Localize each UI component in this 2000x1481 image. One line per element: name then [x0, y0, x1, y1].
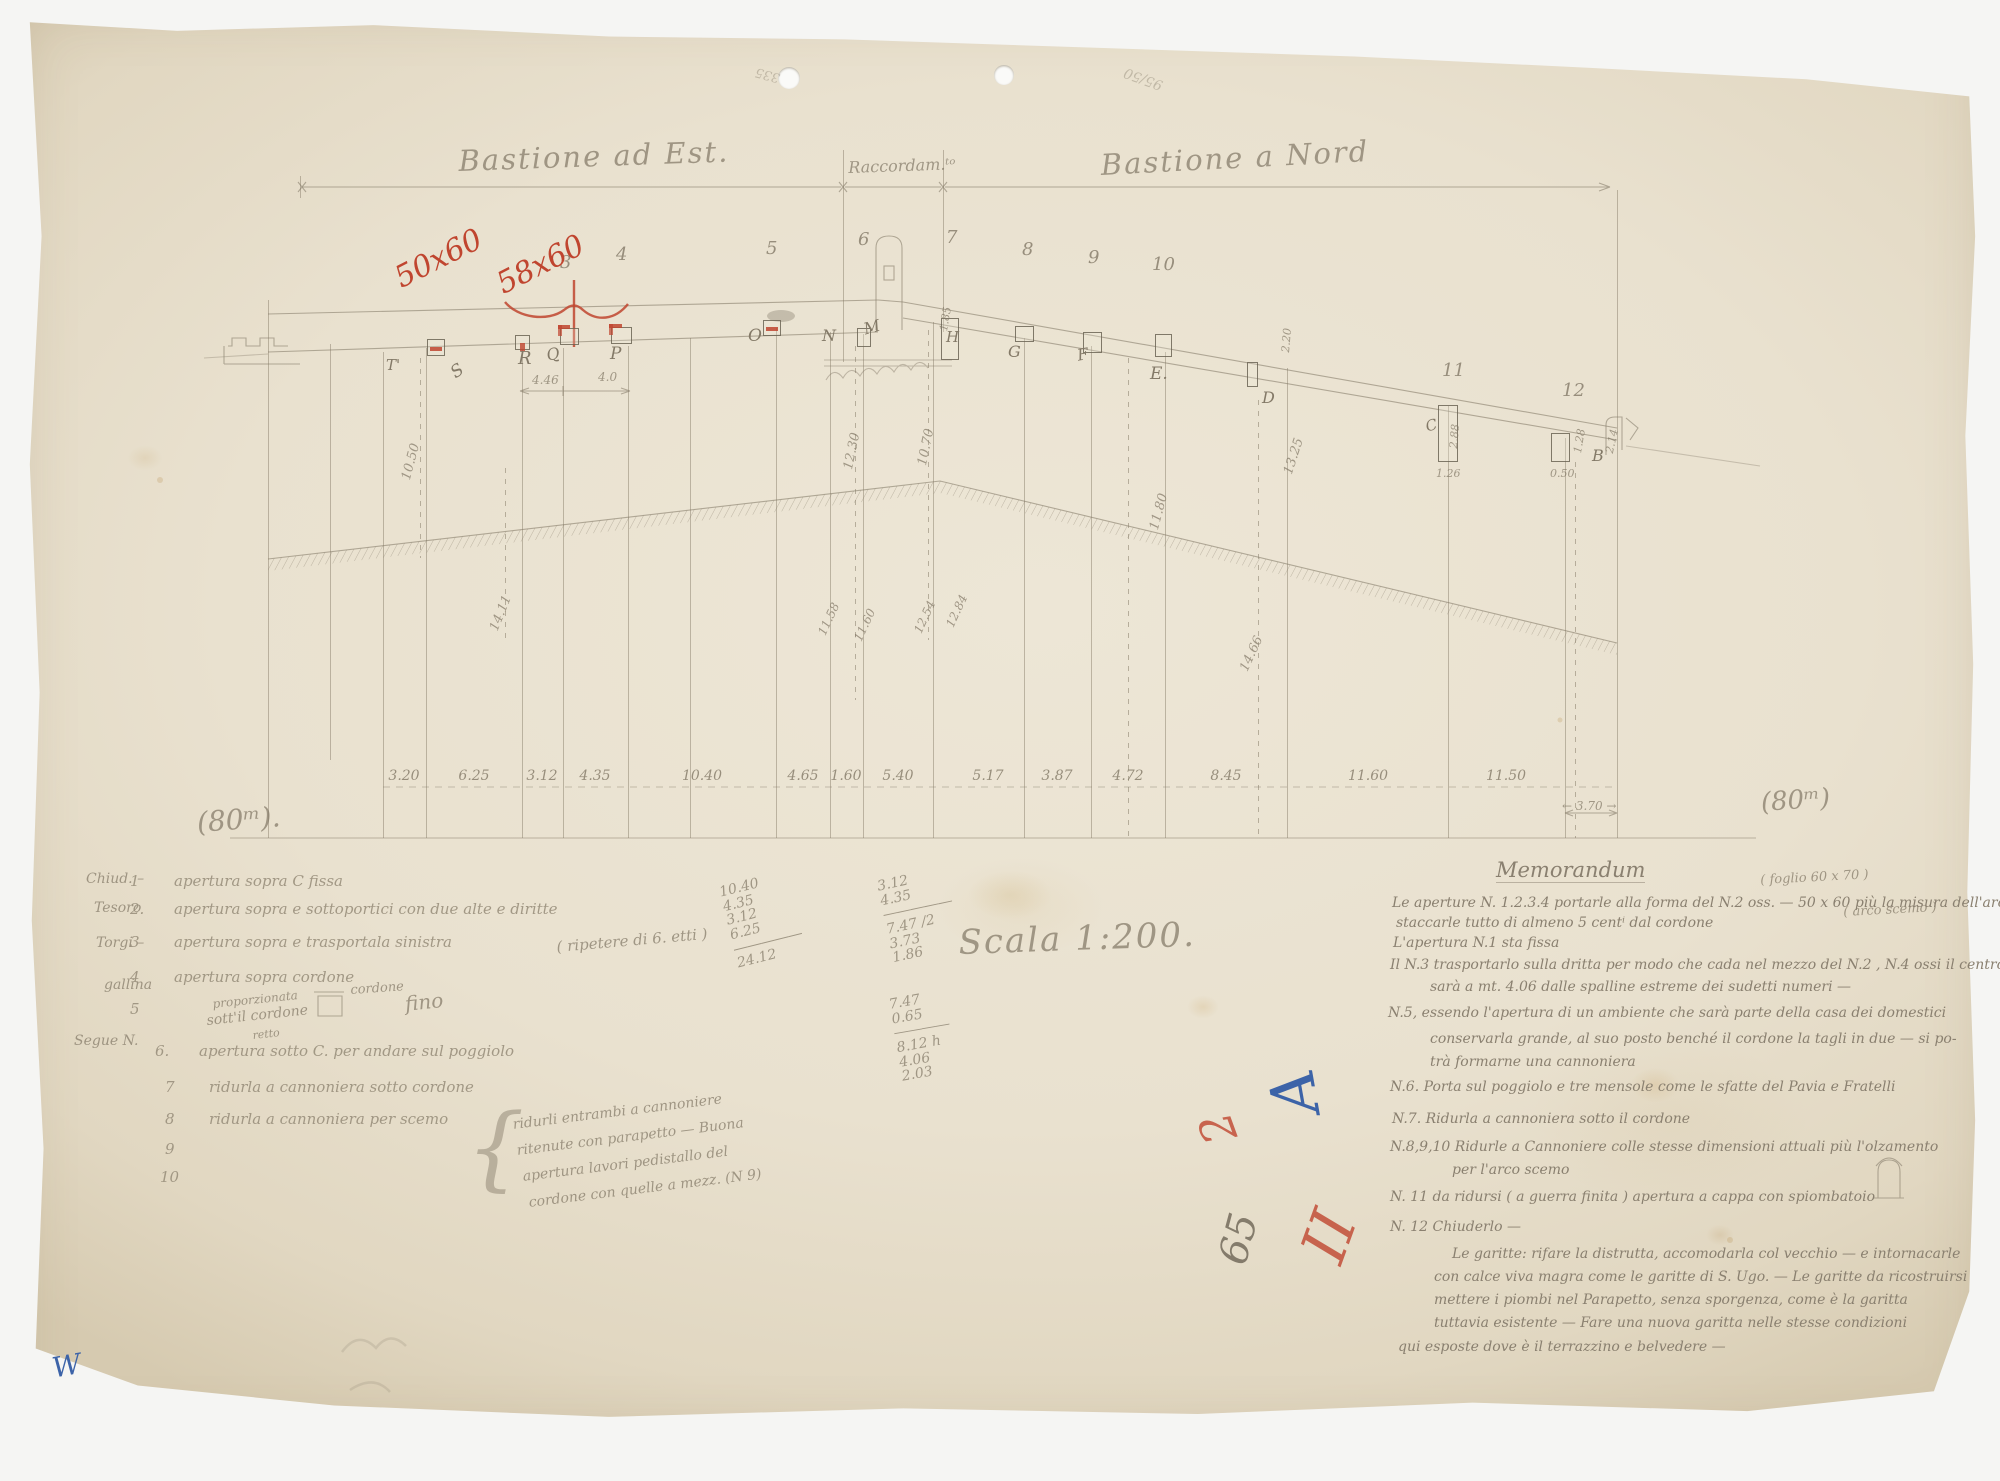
- memo-line: N. 11 da ridursi ( a guerra finita ) ape…: [1390, 1190, 1875, 1204]
- memo-line: staccarle tutto di almeno 5 centⁱ dal co…: [1396, 916, 1713, 930]
- memo-line: Le garitte: rifare la distrutta, accomod…: [1452, 1247, 1960, 1261]
- memo-line: N.8,9,10 Ridurle a Cannoniere colle stes…: [1390, 1140, 1938, 1154]
- memo-line: N.6. Porta sul poggiolo e tre mensole co…: [1390, 1080, 1895, 1094]
- memo-line: per l'arco scemo: [1452, 1163, 1570, 1177]
- memo-line: N. 12 Chiuderlo —: [1390, 1220, 1521, 1234]
- memo-line: Memorandum: [1496, 860, 1645, 883]
- memo-line: L'apertura N.1 sta fissa: [1393, 936, 1559, 950]
- memo-line: Il N.3 trasportarlo sulla dritta per mod…: [1390, 958, 2000, 972]
- memorandum-layer: MemorandumLe aperture N. 1.2.3.4 portarl…: [0, 0, 2000, 1481]
- memo-line: qui esposte dove è il terrazzino e belve…: [1398, 1340, 1726, 1354]
- memo-line: sarà a mt. 4.06 dalle spalline estreme d…: [1430, 980, 1851, 994]
- scanned-drawing-page: 3456789101112 3.206.253.124.3510.404.651…: [0, 0, 2000, 1481]
- memo-line: N.5, essendo l'apertura di un ambiente c…: [1388, 1006, 1946, 1020]
- memo-line: tuttavia esistente — Fare una nuova gari…: [1434, 1316, 1907, 1330]
- memo-line: con calce viva magra come le garitte di …: [1434, 1270, 1967, 1284]
- memo-line: mettere i piombi nel Parapetto, senza sp…: [1434, 1293, 1908, 1307]
- memo-line: conservarla grande, al suo posto benché …: [1430, 1032, 1957, 1046]
- memo-line: trà formarne una cannoniera: [1430, 1055, 1636, 1069]
- memo-line: Le aperture N. 1.2.3.4 portarle alla for…: [1392, 896, 2000, 910]
- memo-line: N.7. Ridurla a cannoniera sotto il cordo…: [1392, 1112, 1690, 1126]
